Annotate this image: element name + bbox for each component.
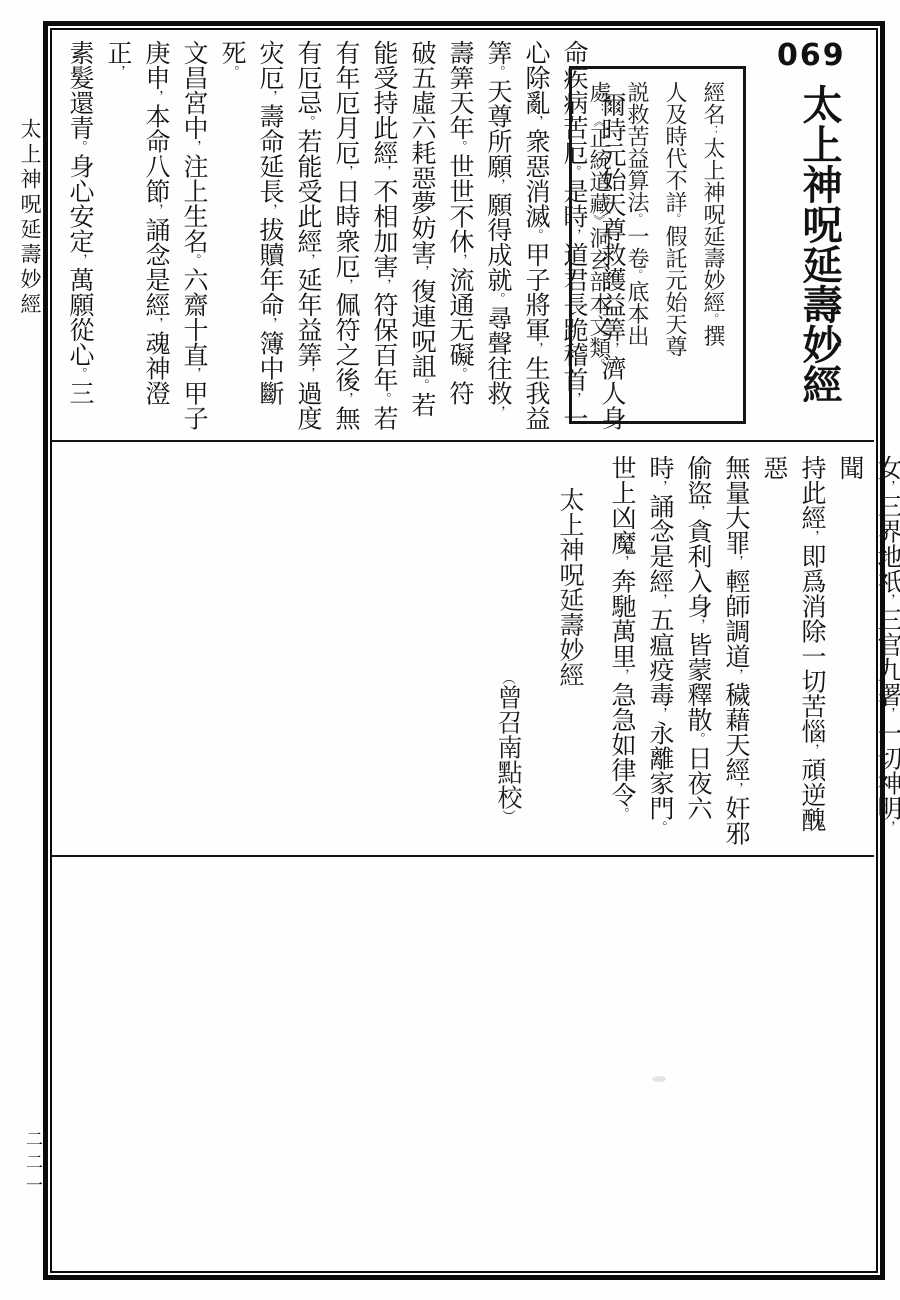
scripture-body-upper: 爾時元始天尊救護益筭，濟人身 命疾病苦厄。是時，道君長跪稽首，一 心除亂，衆惡消… [60, 40, 630, 438]
margin-page-number: 二二一 [21, 1130, 43, 1210]
body-column: 灾厄，壽命延長，拔贖年命，簿中斷死。 [212, 40, 288, 438]
abstract-column: 經名：太上神呪延壽妙經。撰 [694, 81, 732, 409]
abstract-column: 人及時代不詳。假託元始天尊 [656, 81, 694, 409]
body-column: 偷盜，貪利入身，皆蒙釋散。日夜六 [678, 455, 716, 855]
body-column: 持此經，即爲消除一切苦惱，頑逆醜惡 [754, 455, 830, 855]
body-column: 心除亂，衆惡消滅。甲子將軍，生我益 [516, 40, 554, 438]
body-column: 文昌宮中，注上生名。六齋十直，甲子 [174, 40, 212, 438]
scripture-body-lower: 河四海，九江八極，諸真人等，仙童玉 女，三界地祇，三官九署，一切神明，聞 持此經… [488, 455, 900, 855]
serial-number: 069 [777, 38, 846, 73]
scripture-title: 太上神呪延壽妙經 [794, 84, 844, 428]
scanned-scripture-page: 太上神呪延壽妙經 二二一 069 太上神呪延壽妙經 經名：太上神呪延壽妙經。撰 … [0, 0, 900, 1300]
body-column: 命疾病苦厄。是時，道君長跪稽首，一 [554, 40, 592, 438]
body-column: 無量大罪，輕師調道，穢藉天經，奸邪 [716, 455, 754, 855]
body-column: 時，誦念是經，五瘟疫毒，永離家門。 [640, 455, 678, 855]
body-column: 有年厄月厄，日時衆厄，佩符之後，無 [326, 40, 364, 438]
margin-running-title: 太上神呪延壽妙經 [16, 118, 43, 348]
colophon: （曾召南點校） [488, 455, 526, 855]
body-column: 女，三界地祇，三官九署，一切神明，聞 [830, 455, 900, 855]
section-divider-top [52, 440, 874, 442]
body-column: 庚申，本命八節，誦念是經，魂神澄正， [98, 40, 174, 438]
body-column: 破五虛六耗惡夢妨害，復連呪詛。若 [402, 40, 440, 438]
body-column: 素髮還青。身心安定，萬願從心。三 [60, 40, 98, 438]
body-column: 爾時元始天尊救護益筭，濟人身 [592, 40, 630, 438]
scan-smudge [652, 1076, 666, 1082]
end-title: 太上神呪延壽妙經 [550, 455, 588, 855]
section-divider-bottom [52, 855, 874, 857]
body-column: 能受持此經，不相加害，符保百年。若 [364, 40, 402, 438]
body-column: 筭。天尊所願，願得成就。尋聲往救， [478, 40, 516, 438]
body-column: 世上凶魔，奔馳萬里，急急如律令。 [602, 455, 640, 855]
body-column: 壽筭天年。世世不休，流通无礙。符 [440, 40, 478, 438]
body-column: 有厄忌。若能受此經，延年益筭，過度 [288, 40, 326, 438]
